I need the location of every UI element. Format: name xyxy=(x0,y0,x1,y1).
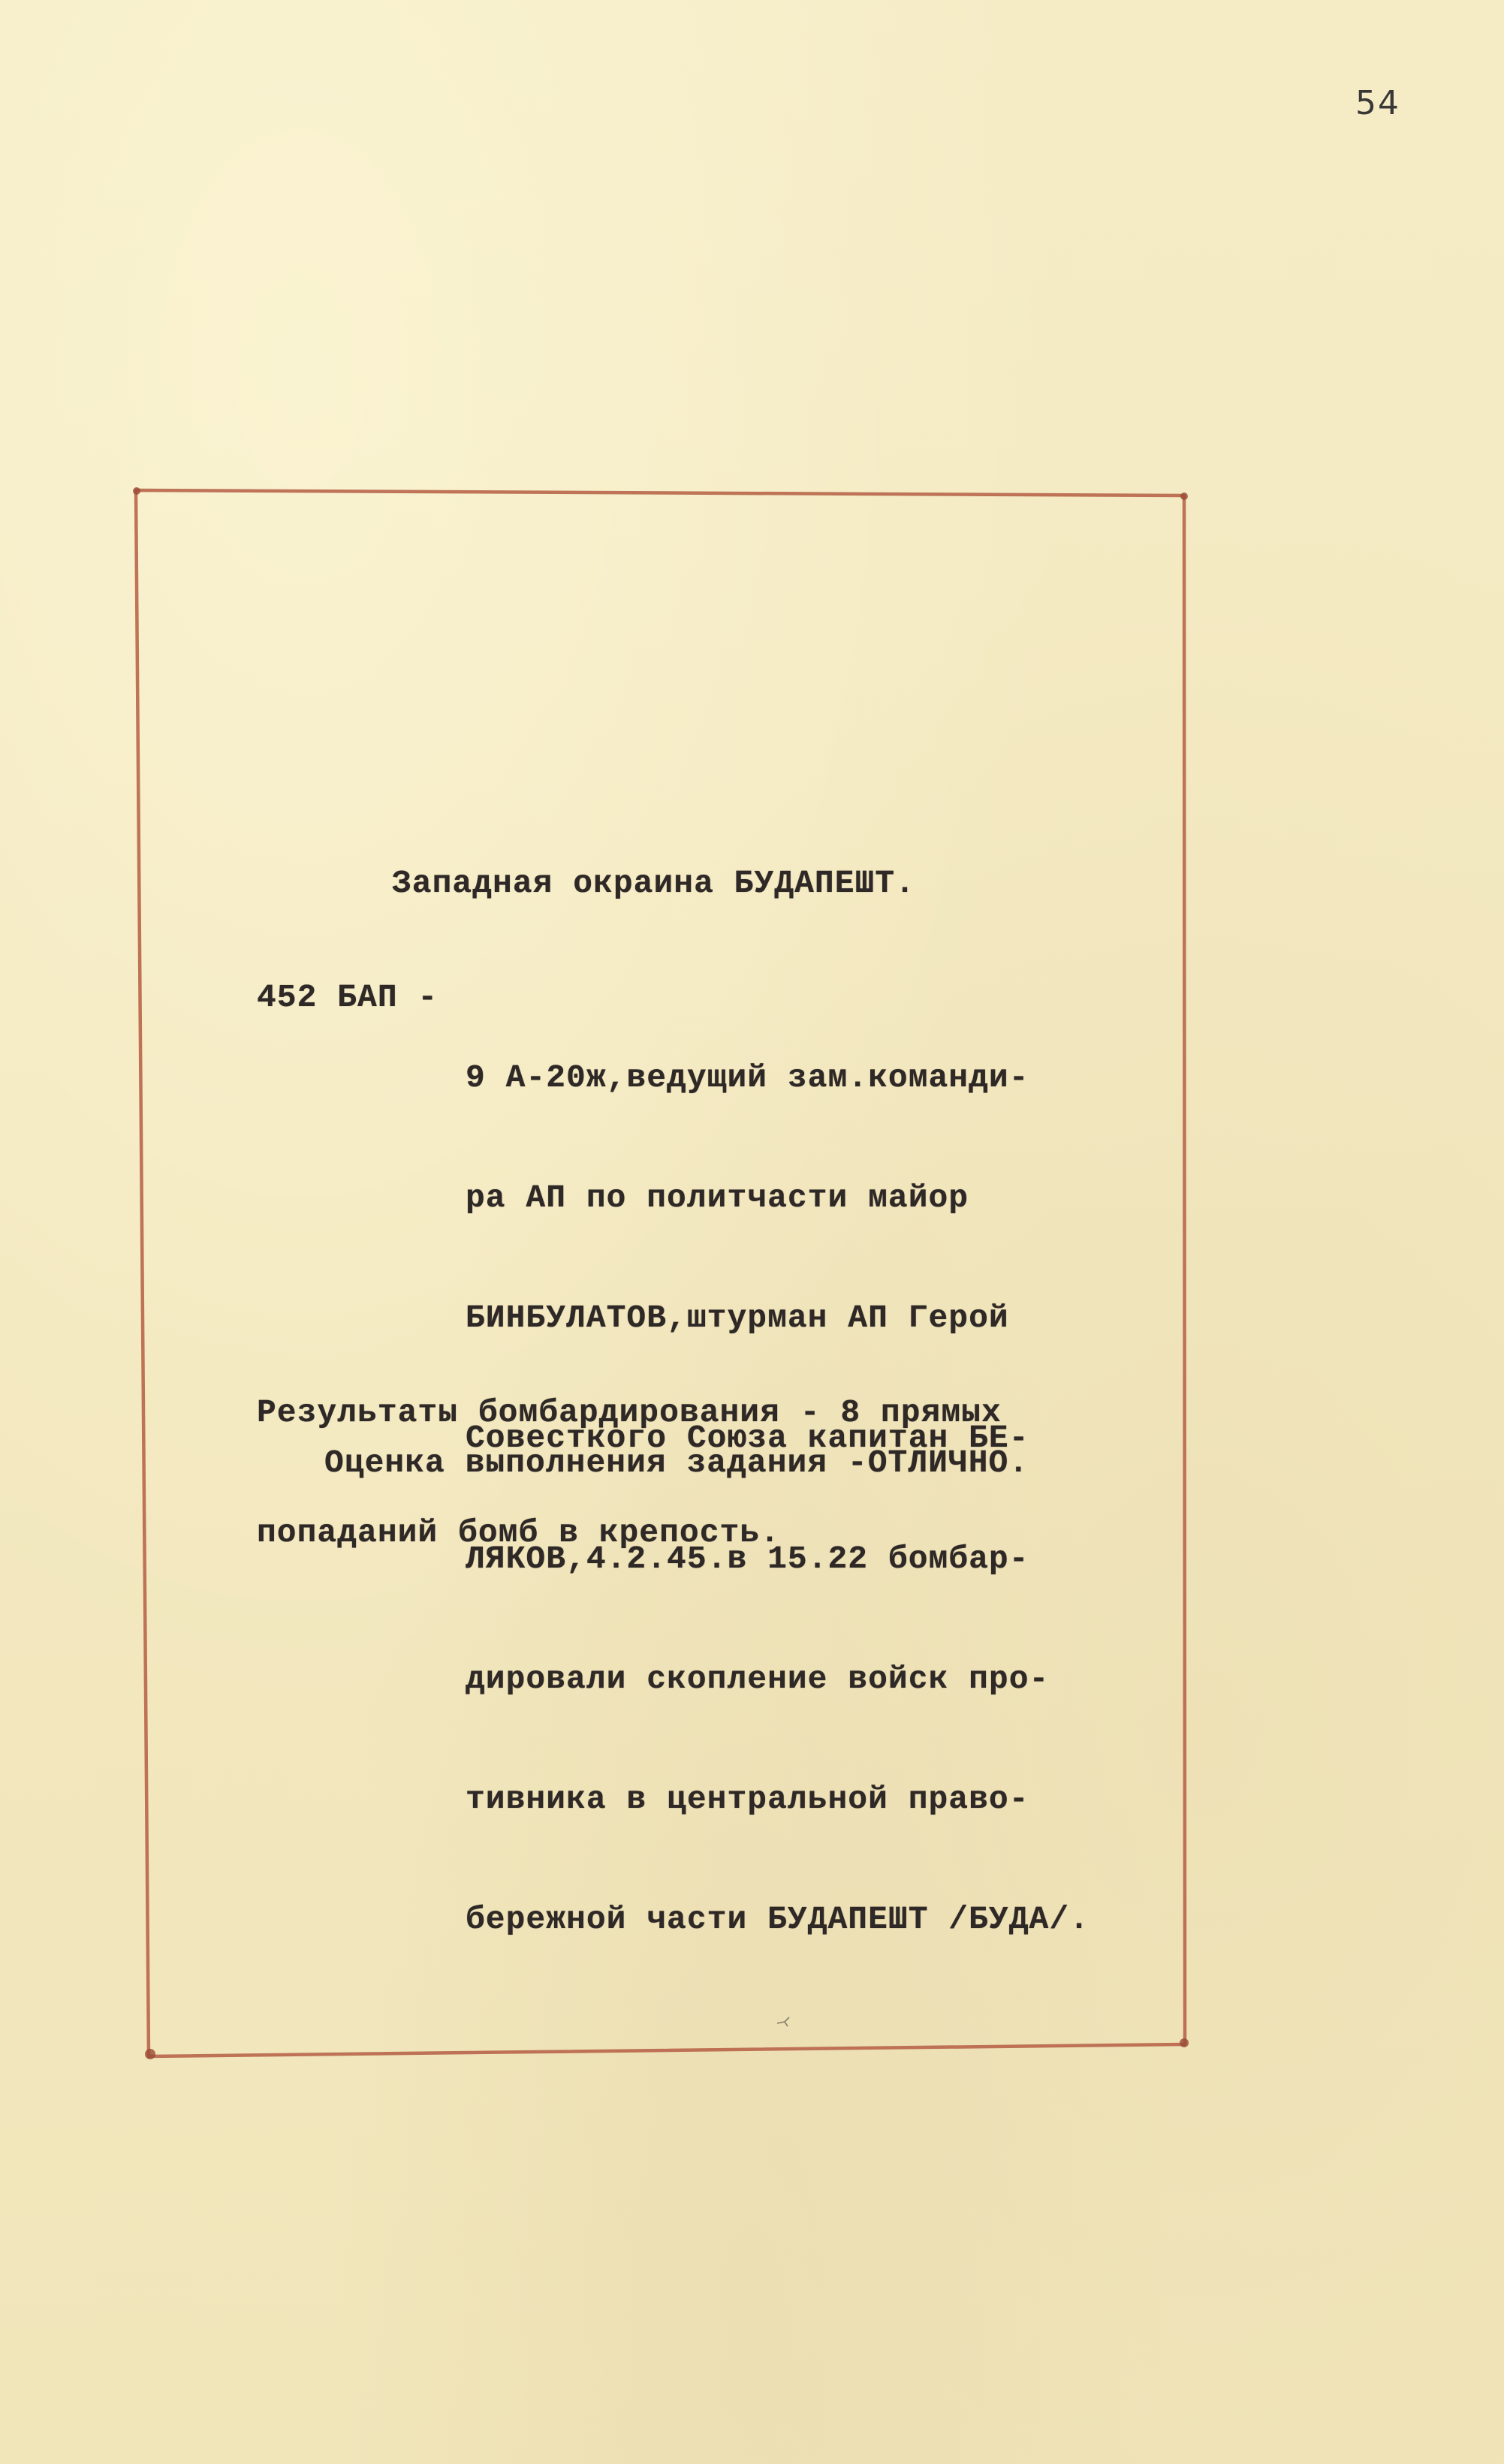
entry-line: 9 А-20ж,ведущий зам.команди- xyxy=(466,1058,1090,1098)
document-title: Западная окраина БУДАПЕШТ. xyxy=(392,863,915,903)
unit-label: 452 БАП - xyxy=(257,977,458,1017)
entry-line: ра АП по политчасти майор xyxy=(466,1178,1090,1218)
results-line: попаданий бомб в крепость. xyxy=(257,1513,1002,1553)
entry-line: тивника в центральной право- xyxy=(466,1779,1090,1819)
page-number: 54 xyxy=(1355,84,1400,122)
entry-line: бережной части БУДАПЕШТ /БУДА/. xyxy=(466,1899,1090,1939)
pencil-mark-icon xyxy=(777,2014,795,2028)
entry-line: дировали скопление войск про- xyxy=(466,1659,1090,1699)
assessment-line: Оценка выполнения задания -ОТЛИЧНО. xyxy=(324,1443,1029,1483)
results-line: Результаты бомбардирования - 8 прямых xyxy=(257,1393,1002,1432)
